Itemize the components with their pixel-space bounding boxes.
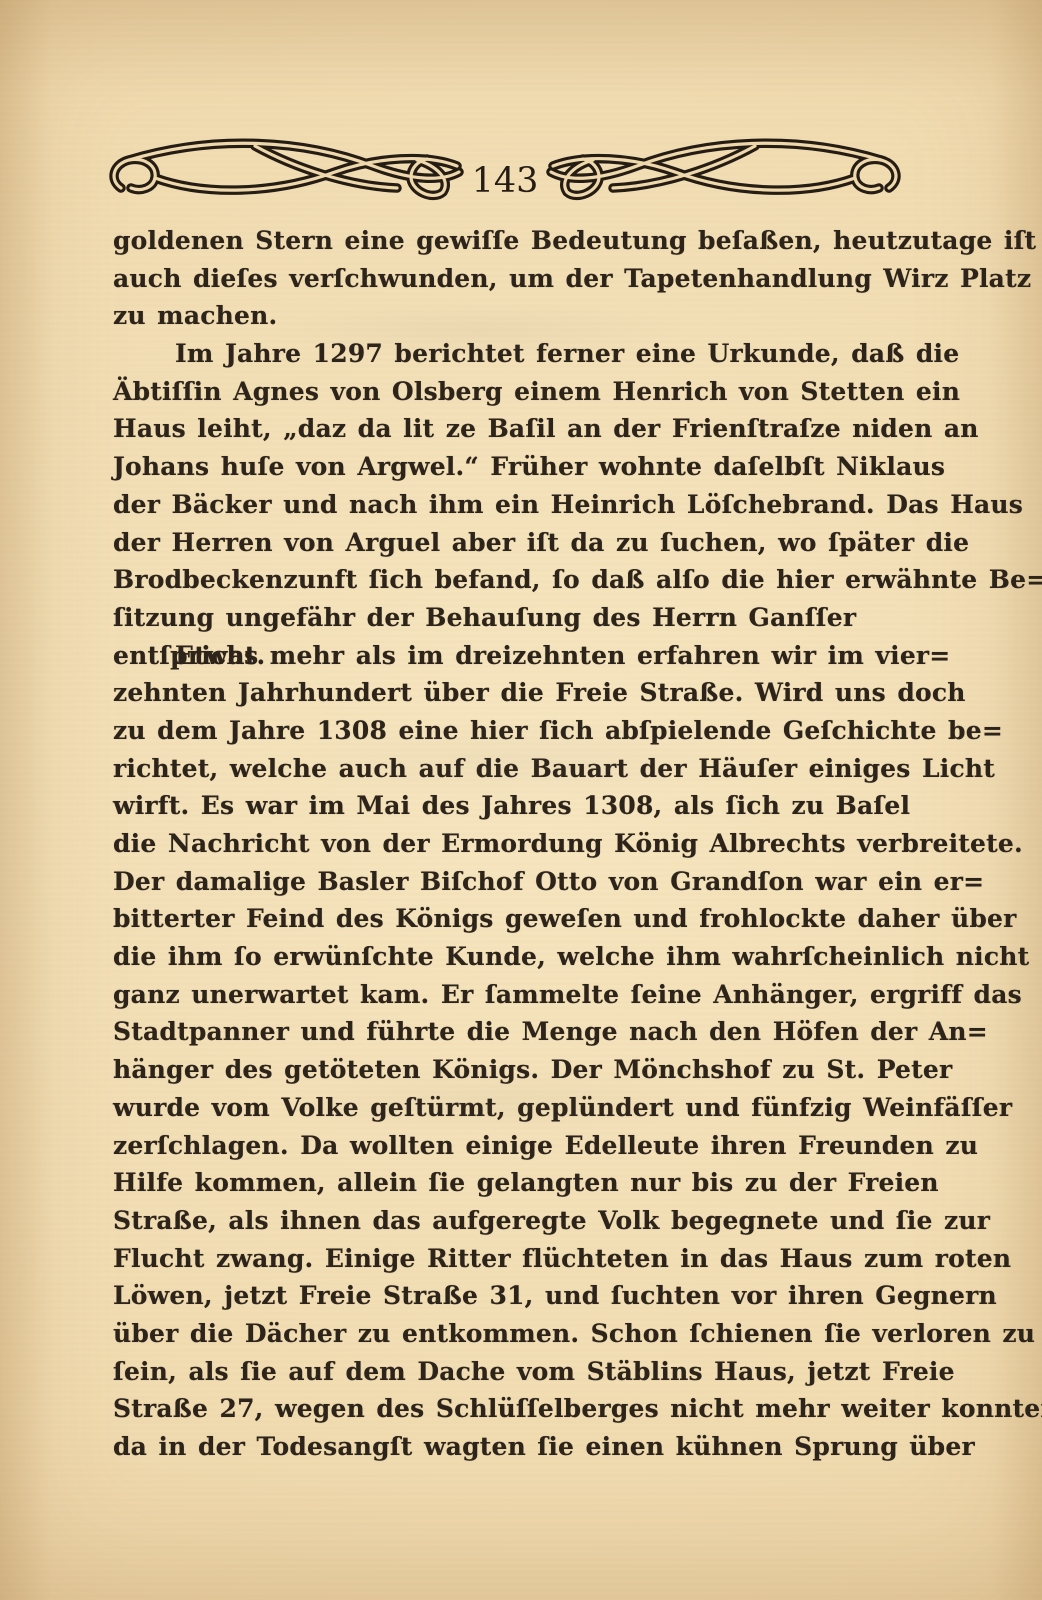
text-line: die ihm ſo erwünſchte Kunde, welche ihm … [113,938,895,976]
text-line: ganz unerwartet kam. Er ſammelte ſeine A… [113,976,895,1014]
text-line: zu machen. [113,297,895,335]
text-line: Johans huſe von Argwel.“ Früher wohnte d… [113,448,895,486]
text-line: Brodbeckenzunft ſich befand, ſo daß alſo… [113,561,895,599]
text-line: die Nachricht von der Ermordung König Al… [113,825,895,863]
text-line: wirft. Es war im Mai des Jahres 1308, al… [113,787,895,825]
text-line: zerſchlagen. Da wollten einige Edelleute… [113,1127,895,1165]
text-line: richtet, welche auch auf die Bauart der … [113,750,895,788]
text-line: Äbtiſſin Agnes von Olsberg einem Henrich… [113,373,895,411]
text-line: auch dieſes verſchwunden, um der Tapeten… [113,260,895,298]
text-line: Haus leiht, „daz da lit ze Baſil an der … [113,410,895,448]
text-line: der Herren von Arguel aber iſt da zu ſuc… [113,524,895,562]
text-line: zu dem Jahre 1308 eine hier ſich abſpiel… [113,712,895,750]
text-line: Straße 27, wegen des Schlüſſelberges nic… [113,1390,895,1428]
text-line: goldenen Stern eine gewiſſe Bedeutung be… [113,222,895,260]
text-line: zehnten Jahrhundert über die Freie Straß… [113,674,895,712]
text-line: Der damalige Basler Biſchof Otto von Gra… [113,863,895,901]
text-line: Etwas mehr als im dreizehnten erfahren w… [113,637,895,675]
text-line: bitterter Feind des Königs geweſen und f… [113,900,895,938]
scanned-book-page: 143 goldenen Stern eine gewiſſe Bedeutun… [0,0,1042,1600]
text-line: hänger des getöteten Königs. Der Mönchsh… [113,1051,895,1089]
text-line: ſitzung ungefähr der Behauſung des Herrn… [113,599,895,637]
art-nouveau-flourish-icon: 143 [105,130,905,210]
text-line: Straße, als ihnen das aufgeregte Volk be… [113,1202,895,1240]
header-ornament: 143 [105,130,905,210]
text-line: Im Jahre 1297 berichtet ferner eine Urku… [113,335,895,373]
text-line: Flucht zwang. Einige Ritter flüchteten i… [113,1240,895,1278]
text-line: da in der Todesangſt wagten ſie einen kü… [113,1428,895,1466]
page-text-block: goldenen Stern eine gewiſſe Bedeutung be… [113,222,895,1466]
text-line: Hilfe kommen, allein ſie gelangten nur b… [113,1164,895,1202]
text-line: Stadtpanner und führte die Menge nach de… [113,1013,895,1051]
text-line: ſein, als ſie auf dem Dache vom Stäblins… [113,1353,895,1391]
page-number: 143 [472,161,539,201]
text-line: wurde vom Volke geſtürmt, geplündert und… [113,1089,895,1127]
text-line: der Bäcker und nach ihm ein Heinrich Löſ… [113,486,895,524]
text-line: über die Dächer zu entkommen. Schon ſchi… [113,1315,895,1353]
text-line: Löwen, jetzt Freie Straße 31, und ſuchte… [113,1277,895,1315]
